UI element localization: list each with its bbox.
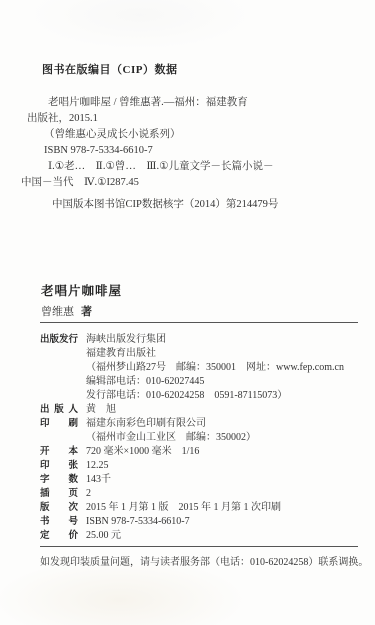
row-value: 福建教育出版社 (86, 347, 361, 361)
row-label: 印张 (40, 459, 78, 473)
cip-heading: 图书在版编目（CIP）数据 (42, 63, 375, 77)
cip-line: 中国－当代 Ⅳ.①I287.45 (21, 175, 359, 191)
author-role: 著 (81, 306, 92, 318)
book-title: 老唱片咖啡屋 (41, 283, 375, 299)
row-price: 定价 25.00 元 (40, 529, 361, 543)
row-label: 印刷 (40, 417, 78, 431)
row-value: 25.00 元 (86, 529, 361, 543)
row-value: 海峡出版发行集团 (86, 333, 361, 347)
row-value: 黄 旭 (86, 403, 361, 417)
row-inserts: 插页 2 (40, 487, 361, 501)
row-value: 2015 年 1 月第 1 版 2015 年 1 月第 1 次印刷 (86, 501, 361, 515)
row-printer: 印刷 福建东南彩色印刷有限公司 （福州市金山工业区 邮编：350002） (40, 417, 361, 445)
row-publisher: 出版发行 海峡出版发行集团 福建教育出版社 （福州梦山路27号 邮编：35000… (40, 333, 361, 403)
row-value: 720 毫米×1000 毫米 1/16 (86, 445, 361, 459)
quality-notice: 如发现印装质量问题，请与读者服务部（电话：010-62024258）联系调换。 (40, 556, 363, 570)
row-label: 插页 (40, 487, 78, 501)
cip-line: Ⅰ.①老… Ⅱ.①曾… Ⅲ.①儿童文学－长篇小说－ (27, 159, 359, 175)
row-sheets: 印张 12.25 (40, 459, 361, 473)
cip-line: 老唱片咖啡屋 / 曾维惠著.—福州：福建教育 (27, 95, 359, 111)
colophon-rows: 出版发行 海峡出版发行集团 福建教育出版社 （福州梦山路27号 邮编：35000… (40, 333, 361, 543)
row-label: 字数 (40, 473, 78, 487)
divider-rule-top (40, 322, 358, 323)
row-value: 2 (86, 487, 361, 501)
cip-line: （曾维惠心灵成长小说系列） (27, 127, 359, 143)
row-isbn: 书号 ISBN 978-7-5334-6610-7 (40, 515, 361, 529)
divider-rule-bottom (40, 546, 358, 547)
row-word-count: 字数 143千 (40, 473, 361, 487)
row-label: 定价 (40, 529, 78, 543)
row-label: 版次 (40, 501, 78, 515)
row-value: （福州梦山路27号 邮编：350001 网址：www.fep.com.cn (86, 361, 361, 375)
cip-block: 老唱片咖啡屋 / 曾维惠著.—福州：福建教育 出版社，2015.1 （曾维惠心灵… (27, 95, 359, 191)
row-edition: 版次 2015 年 1 月第 1 版 2015 年 1 月第 1 次印刷 (40, 501, 361, 515)
row-value: 12.25 (86, 459, 361, 473)
row-publisher-person: 出版人 黄 旭 (40, 403, 361, 417)
row-label: 书号 (40, 515, 78, 529)
row-value: ISBN 978-7-5334-6610-7 (86, 515, 361, 529)
row-label: 出版人 (40, 403, 78, 417)
row-value: （福州市金山工业区 邮编：350002） (86, 431, 361, 445)
row-label: 出版发行 (40, 333, 78, 347)
row-label: 开本 (40, 445, 78, 459)
cip-record-number: 中国版本图书馆CIP数据核字（2014）第214479号 (52, 197, 359, 213)
row-value: 编辑部电话：010-62027445 (86, 375, 361, 389)
cip-line: ISBN 978-7-5334-6610-7 (27, 143, 359, 159)
cip-line: 出版社，2015.1 (27, 111, 359, 127)
book-author-line: 曾维惠著 (41, 305, 375, 320)
row-value: 143千 (86, 473, 361, 487)
row-value: 发行部电话：010-62024258 0591-87115073） (86, 389, 361, 403)
row-format: 开本 720 毫米×1000 毫米 1/16 (40, 445, 361, 459)
author-name: 曾维惠 (41, 306, 74, 318)
book-copyright-page: 图书在版编目（CIP）数据 老唱片咖啡屋 / 曾维惠著.—福州：福建教育 出版社… (0, 0, 375, 625)
row-value: 福建东南彩色印刷有限公司 (86, 417, 361, 431)
